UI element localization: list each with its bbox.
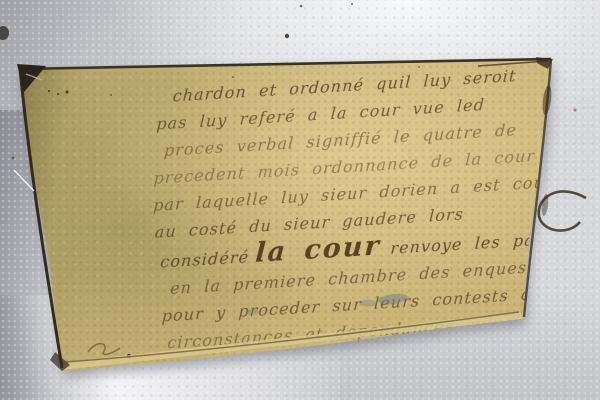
debris-speck-red (573, 108, 576, 111)
debris-speck (285, 34, 289, 38)
ink-smudge-blue-faint (245, 309, 259, 315)
right-edge-ink-smear (541, 85, 553, 116)
book-top-edge (20, 59, 551, 69)
ink-smudge-blue-small (360, 300, 376, 307)
corner-flourish-mark (88, 344, 120, 355)
debris-speck (12, 157, 15, 160)
debris-speck (351, 3, 353, 5)
ink-smudge-blue (378, 292, 409, 306)
photo-detail-overlay (0, 0, 600, 400)
debris-blotch-left-edge (0, 26, 9, 40)
book-bottom-crease (66, 312, 519, 362)
debris-speck (300, 5, 303, 8)
book-spine-edge (20, 69, 62, 368)
